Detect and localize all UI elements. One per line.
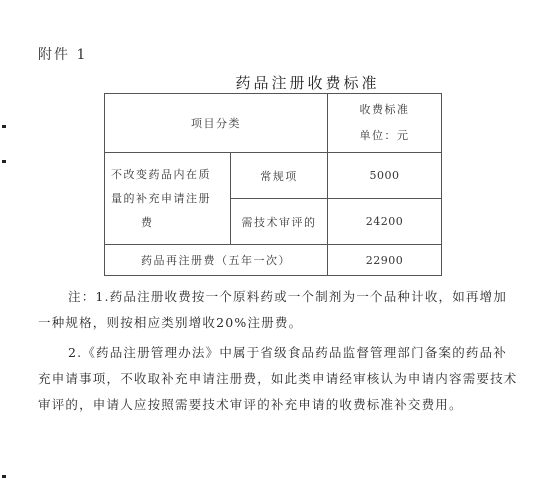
item-cell: 常规项 (231, 153, 328, 199)
note-2: 2.《药品注册管理办法》中属于省级食品药品监督管理部门备案的药品补充申请事项，不… (38, 340, 518, 418)
table-row: 不改变药品内在质 量的补充申请注册 费 常规项 5000 (105, 153, 442, 199)
fee-cell: 5000 (327, 153, 441, 199)
margin-mark (2, 475, 6, 478)
item-cell: 需技术审评的 (231, 199, 328, 245)
fee-table: 项目分类 收费标准 单位：元 不改变药品内在质 量的补充申请注册 费 常规项 5… (104, 93, 442, 276)
group-line: 量的补充申请注册 (111, 187, 230, 211)
document-title: 药品注册收费标准 (0, 72, 555, 93)
header-category: 项目分类 (105, 94, 328, 153)
fee-cell: 22900 (327, 245, 441, 276)
margin-mark (2, 160, 6, 163)
group-cell: 不改变药品内在质 量的补充申请注册 费 (105, 153, 231, 245)
attachment-label: 附件 1 (38, 44, 87, 64)
header-unit-label: 单位：元 (328, 123, 441, 149)
group-line: 不改变药品内在质 (111, 163, 230, 187)
fee-cell: 24200 (327, 199, 441, 245)
document-title-text: 药品注册收费标准 (235, 72, 379, 93)
header-fee-label: 收费标准 (328, 97, 441, 123)
table-row: 药品再注册费（五年一次） 22900 (105, 245, 442, 276)
item-cell: 药品再注册费（五年一次） (105, 245, 328, 276)
table-header-row: 项目分类 收费标准 单位：元 (105, 94, 442, 153)
group-line: 费 (111, 211, 230, 235)
header-fee-standard: 收费标准 单位：元 (327, 94, 441, 153)
margin-mark (2, 125, 6, 128)
note-1: 注：1.药品注册收费按一个原料药或一个制剂为一个品种计收，如再增加一种规格，则按… (38, 284, 518, 336)
